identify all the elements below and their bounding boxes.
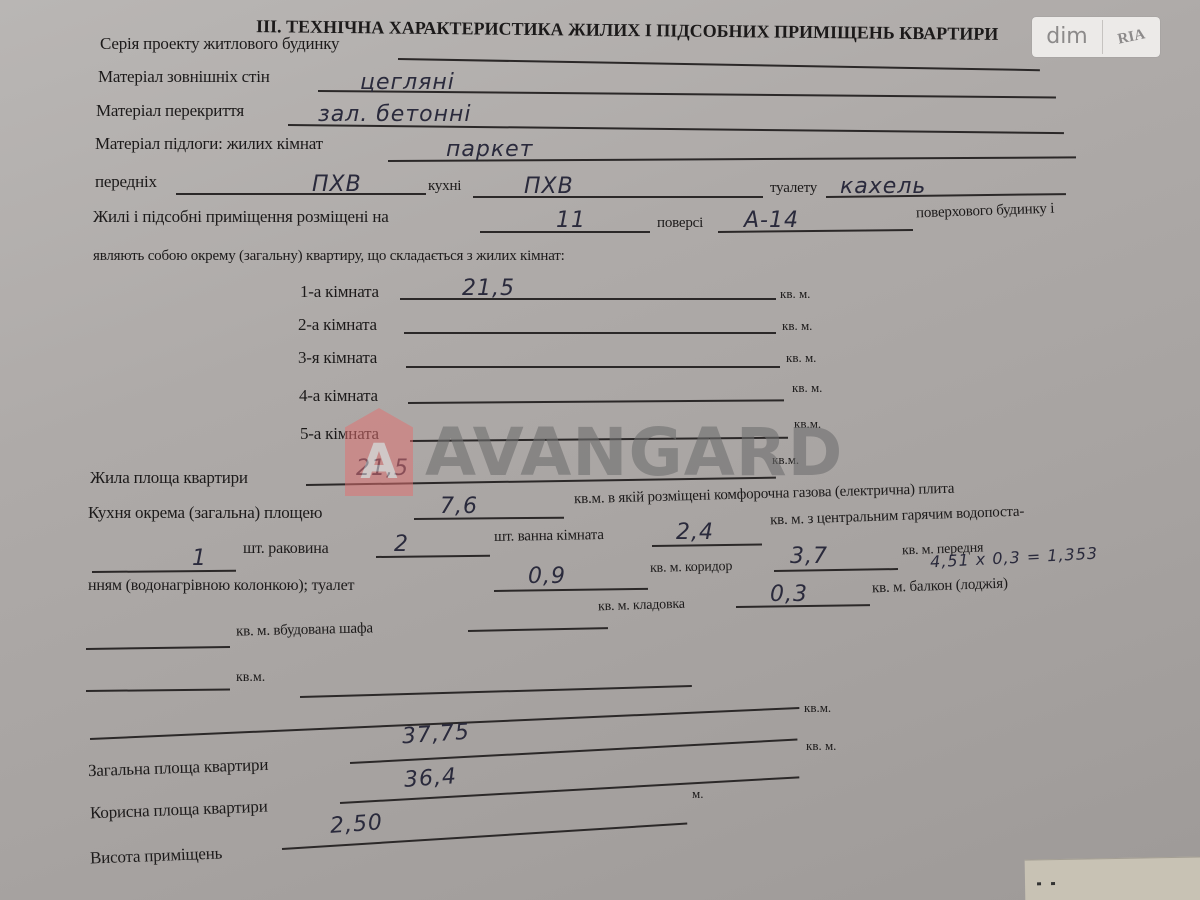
water-supply-text: нням (водонагрівною колонкою); туалет: [88, 577, 354, 595]
extra-line-unit: кв.м.: [804, 700, 831, 716]
useful-area-value: 36,4: [403, 764, 458, 793]
location-mid: поверсі: [657, 215, 703, 232]
storage-prefix: кв. м. кладовка: [598, 597, 685, 616]
hallway-floor-value: ПХВ: [312, 172, 362, 197]
builtin-closet-field: [468, 627, 608, 632]
total-area-unit: кв. м.: [806, 738, 836, 754]
balcony-area-unit: кв.м.: [236, 670, 265, 686]
wall-material-label: Матеріал зовнішніх стін: [98, 67, 270, 87]
kitchen-area-field: [414, 517, 564, 520]
kitchen-floor-field: [473, 196, 763, 198]
room-5-label: 5-а кімната: [300, 424, 379, 444]
ceiling-material-value: зал. бетонні: [318, 102, 472, 127]
hallway-area-field: [86, 646, 230, 650]
storage-value: 0,3: [770, 582, 808, 607]
sink-count-value: 2: [394, 532, 409, 557]
ceiling-height-value: 2,50: [329, 810, 384, 839]
document-page: III. ТЕХНІЧНА ХАРАКТЕРИСТИКА ЖИЛИХ І ПІД…: [0, 0, 1200, 900]
stove-count-field: [92, 570, 236, 573]
toilet-area-label: кв. м. коридор: [650, 559, 733, 577]
room-1-field: [400, 298, 776, 300]
kitchen-floor-label: кухні: [428, 178, 461, 195]
location-suffix: поверхового будинку і: [916, 201, 1055, 223]
floor-number-value: 11: [556, 208, 586, 233]
location-prefix: Жилі і підсобні приміщення розміщені на: [93, 207, 389, 227]
stove-count-label: шт. раковина: [243, 540, 329, 558]
stove-count-value: 1: [192, 546, 207, 571]
kitchen-floor-value: ПХВ: [524, 174, 574, 199]
room-1-unit: кв. м.: [780, 286, 810, 302]
room-3-field: [406, 366, 780, 368]
room-1-value: 21,5: [462, 276, 515, 301]
room-3-label: 3-я кімната: [298, 348, 377, 368]
building-floors-value: А-14: [744, 208, 799, 233]
hallway-floor-label: передніх: [95, 172, 157, 192]
kitchen-area-value: 7,6: [440, 494, 478, 519]
room-5-unit: кв.м.: [794, 416, 821, 432]
bathroom-suffix: кв. м. з центральним гарячим водопоста-: [770, 504, 1025, 530]
composition-text: являють собою окрему (загальну) квартиру…: [93, 248, 565, 265]
living-area-label: Жила площа квартири: [90, 468, 248, 488]
floor-material-label: Матеріал підлоги: жилих кімнат: [95, 134, 323, 154]
form-title: III. ТЕХНІЧНА ХАРАКТЕРИСТИКА ЖИЛИХ І ПІД…: [256, 16, 999, 45]
room-4-field: [408, 399, 784, 403]
total-area-value: 37,75: [401, 720, 471, 750]
extra-line-a: [300, 685, 692, 698]
toilet-floor-value: кахель: [840, 174, 926, 199]
room-2-field: [404, 332, 776, 334]
toilet-area-field: [494, 588, 648, 592]
dimria-logo-dim: dim: [1032, 20, 1103, 54]
hallway-area-label: кв. м. вбудована шафа: [236, 620, 373, 640]
kitchen-area-suffix: кв.м. в якій розміщені комфорочна газова…: [574, 481, 955, 509]
balcony-area-field: [86, 688, 230, 691]
kitchen-area-label: Кухня окрема (загальна) площею: [88, 503, 322, 523]
underlying-paper-edge: [1025, 856, 1200, 900]
room-4-label: 4-а кімната: [299, 386, 378, 406]
total-area-label: Загальна площа квартири: [88, 755, 269, 781]
project-series-field: [398, 58, 1040, 71]
storage-suffix: кв. м. балкон (лоджія): [872, 576, 1008, 598]
room-1-label: 1-а кімната: [300, 282, 379, 302]
toilet-area-value: 0,9: [528, 564, 566, 589]
room-4-unit: кв. м.: [792, 380, 822, 396]
room-2-unit: кв. м.: [782, 318, 812, 334]
room-2-label: 2-а кімната: [298, 315, 377, 335]
wall-material-value: цегляні: [360, 70, 455, 95]
toilet-floor-label: туалету: [770, 180, 817, 197]
room-5-field: [410, 437, 788, 442]
sink-count-label: шт. ванна кімната: [494, 527, 604, 546]
floor-material-value: паркет: [446, 137, 533, 162]
bathroom-value: 2,4: [676, 520, 714, 545]
room-3-unit: кв. м.: [786, 350, 816, 366]
dimria-logo: dim RIA: [1032, 17, 1160, 57]
living-area-unit: кв.м.: [772, 452, 799, 468]
ceiling-height-unit: м.: [692, 786, 703, 802]
ceiling-material-label: Матеріал перекриття: [96, 101, 244, 121]
ceiling-height-label: Висота приміщень: [90, 843, 223, 868]
corridor-value: 3,7: [790, 544, 828, 569]
dimria-logo-ria: RIA: [1102, 23, 1161, 51]
useful-area-label: Корисна площа квартири: [90, 797, 268, 824]
project-series-label: Серія проекту житлового будинку: [100, 34, 339, 54]
living-area-value: 21,5: [356, 456, 409, 481]
hallway-floor-field: [176, 193, 426, 195]
